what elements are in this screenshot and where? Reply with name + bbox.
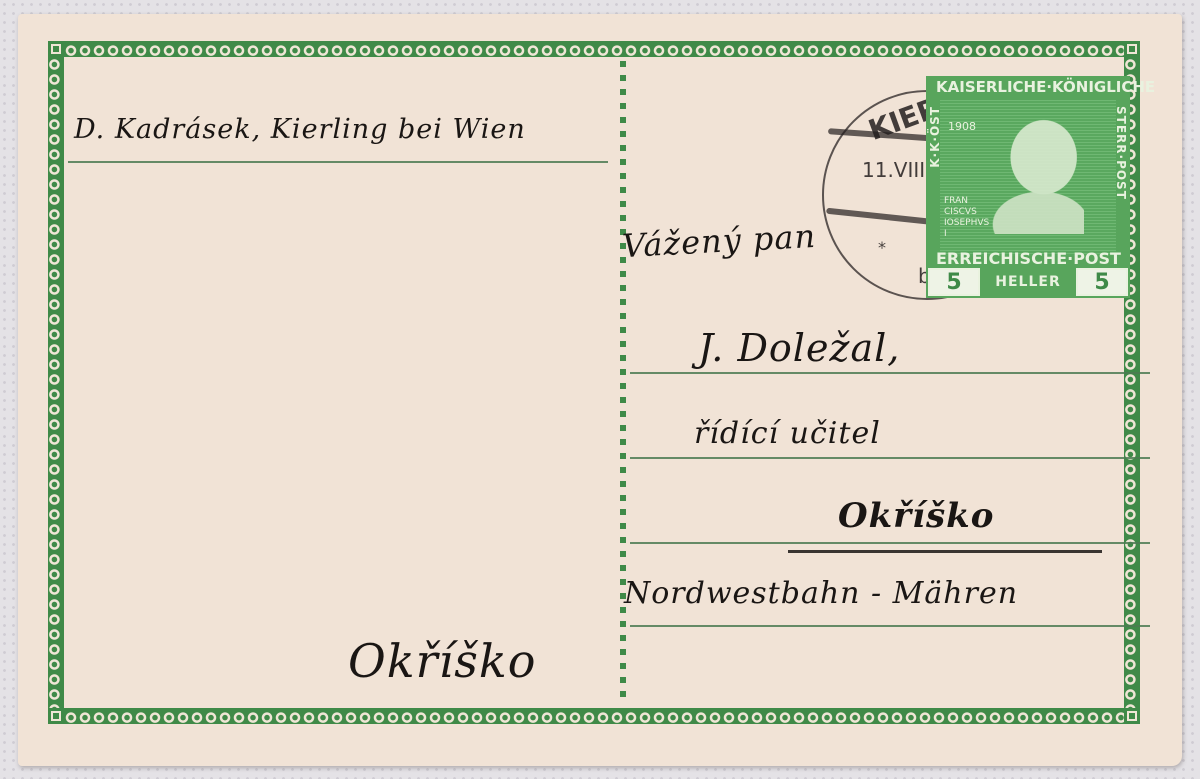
town-underline	[788, 550, 1102, 553]
caption-line: I	[944, 229, 989, 240]
sender-line: D. Kadrásek, Kierling bei Wien	[74, 114, 526, 145]
left-side-note: Okříško	[348, 634, 536, 688]
stamp-value-label: HELLER	[984, 268, 1072, 296]
postage-stamp: KAISERLICHE·KÖNIGLICHE K·K·ÖST STERR·POS…	[926, 76, 1130, 298]
address-region: Nordwestbahn - Mähren	[624, 576, 1018, 611]
caption-line: FRAN	[944, 196, 989, 207]
stamp-value-right: 5	[1076, 268, 1128, 296]
border-pattern-bottom	[64, 708, 1124, 724]
stamp-portrait-caption: FRAN CISCVS IOSEPHVS I	[944, 196, 989, 240]
stamp-value-row: 5 HELLER 5	[928, 268, 1128, 296]
corner-square-icon	[1127, 711, 1137, 721]
border-pattern-top	[64, 41, 1124, 57]
stamp-inscription-top: KAISERLICHE·KÖNIGLICHE	[936, 78, 1120, 96]
stamp-year: 1908	[948, 120, 976, 133]
postmark-star: *	[878, 238, 886, 257]
address-rule-3	[630, 542, 1150, 544]
stamp-inscription-bottom: ERREICHISCHE·POST	[936, 249, 1120, 268]
stamp-inscription-left: K·K·ÖST	[928, 106, 942, 168]
border-pattern-left	[48, 57, 64, 708]
address-town: Okříško	[838, 496, 994, 536]
caption-line: IOSEPHVS	[944, 218, 989, 229]
address-name: J. Doležal,	[698, 326, 900, 370]
stamp-value-left: 5	[928, 268, 980, 296]
corner-square-icon	[1127, 44, 1137, 54]
address-rule-1	[630, 372, 1150, 374]
caption-line: CISCVS	[944, 207, 989, 218]
address-title: řídící učitel	[694, 416, 881, 451]
stamp-inscription-right: STERR·POST	[1114, 106, 1128, 200]
corner-square-icon	[51, 711, 61, 721]
corner-square-icon	[51, 44, 61, 54]
postcard: D. Kadrásek, Kierling bei Wien KIERL... …	[18, 14, 1182, 766]
address-rule-4	[630, 625, 1150, 627]
address-rule-2	[630, 457, 1150, 459]
sender-rule	[68, 161, 608, 163]
emperor-portrait-icon	[988, 114, 1084, 234]
